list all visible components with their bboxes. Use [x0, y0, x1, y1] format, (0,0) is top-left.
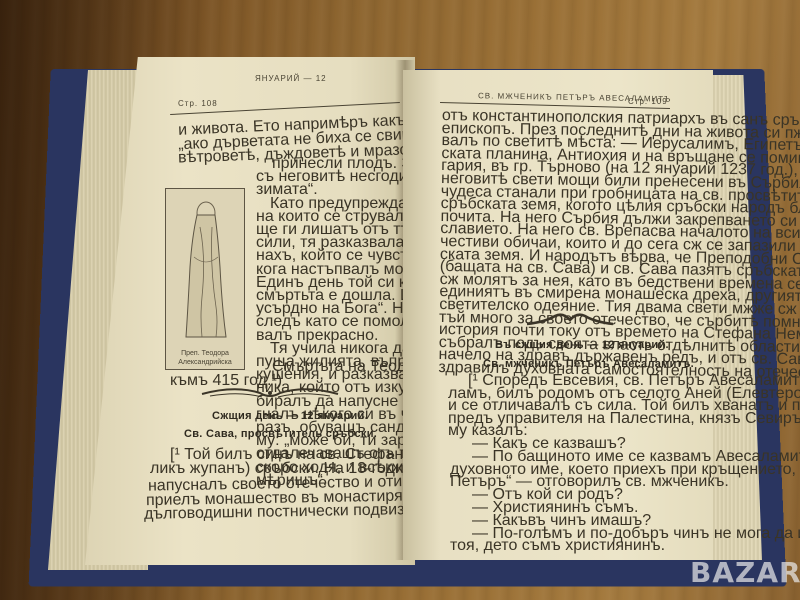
illustration-caption: Преп. Теодора Александрийска	[166, 349, 244, 367]
saint-title: Св. Сава, просвѣтитель сръбски.	[184, 428, 377, 440]
left-page-number: Стр. 108	[178, 99, 218, 108]
left-running-head: ЯНУАРИЙ — 12	[255, 74, 327, 83]
right-page-number: Стр. 109	[628, 97, 668, 106]
section-heading: Въ сжщия день — 12 януарий.	[495, 339, 669, 351]
dialogue-line: тоя, дето съмъ християнинъ.	[450, 540, 800, 553]
watermark-logo: BAZAR	[690, 556, 800, 589]
ornament-divider-icon	[525, 312, 615, 328]
caption-line: Преп. Теодора	[166, 349, 244, 358]
caption-line: Александрийска	[166, 358, 244, 367]
dialogue-text: — Какъ се казвашъ? — По бащиното име се …	[450, 438, 800, 553]
right-body-text: [¹ Споредъ Евсевия, св. Петъръ Авесалами…	[448, 375, 800, 438]
saint-title: Св. мжченикъ Петъръ Авесаламитъ.	[483, 358, 694, 370]
saint-figure-icon	[180, 197, 230, 342]
ornament-divider-icon	[200, 385, 340, 403]
illustration-frame: Преп. Теодора Александрийска	[165, 188, 245, 370]
section-heading: Сжщия день — 12 януарий.	[212, 410, 368, 422]
